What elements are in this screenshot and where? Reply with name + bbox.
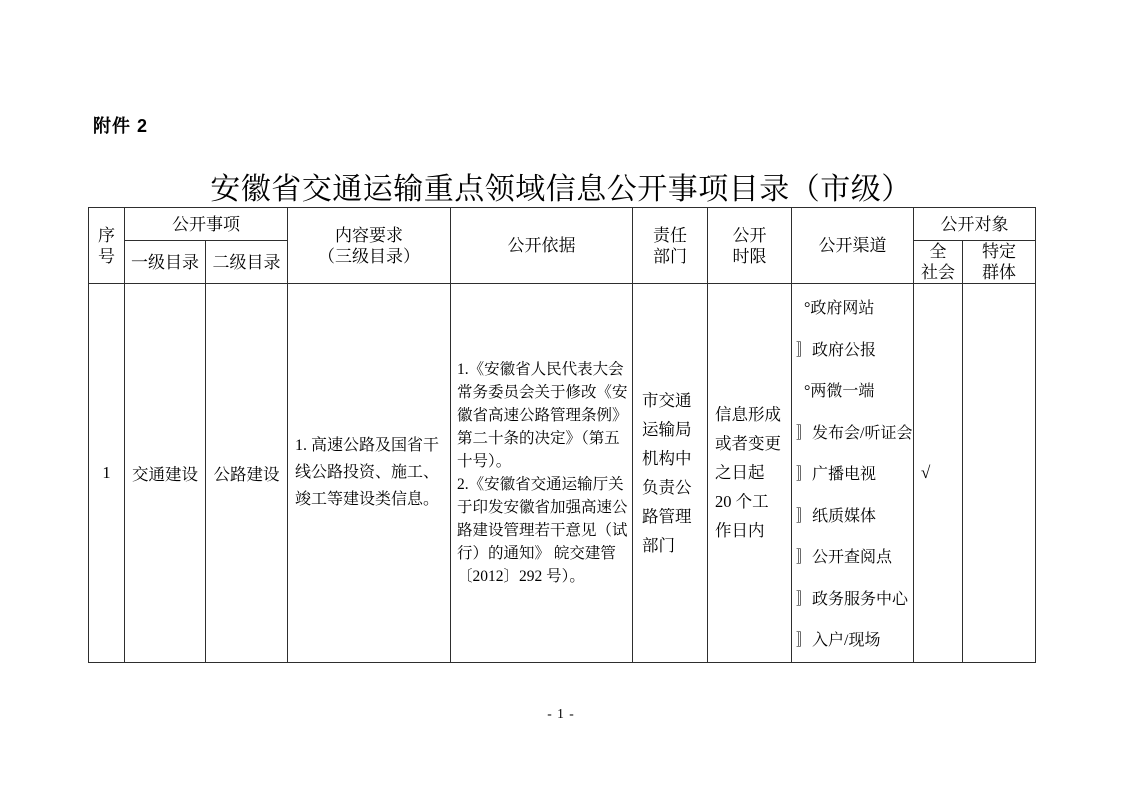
header-disclosure-matters: 公开事项 — [125, 208, 288, 241]
channel-item: °政府网站 — [796, 288, 911, 330]
channel-item: 〛公开查阅点 — [796, 537, 911, 579]
channel-item: 〛政府公报 — [796, 330, 911, 372]
header-target: 公开对象 — [914, 208, 1036, 241]
channel-item: 〛入户/现场 — [796, 620, 911, 662]
channel-item: 〛政务服务中心 — [796, 579, 911, 621]
header-serial: 序 号 — [89, 208, 125, 284]
table-row: 1 交通建设 公路建设 1. 高速公路及国省干线公路投资、施工、竣工等建设类信息… — [89, 284, 1036, 663]
cell-whole-society: √ — [914, 284, 963, 663]
attachment-label: 附件 2 — [93, 112, 148, 138]
cell-dept: 市交通 运输局 机构中 负责公 路管理 部门 — [633, 284, 708, 663]
directory-table: 序 号 公开事项 内容要求 （三级目录） 公开依据 责任 部门 公开 时限 公开… — [88, 207, 1036, 663]
cell-level2: 公路建设 — [206, 284, 288, 663]
header-time-limit: 公开 时限 — [708, 208, 792, 284]
header-basis: 公开依据 — [451, 208, 633, 284]
header-channels: 公开渠道 — [792, 208, 914, 284]
basis-para: 2.《安徽省交通运输厅关于印发安徽省加强高速公路建设管理若干意见（试行）的通知》… — [457, 473, 628, 588]
cell-serial: 1 — [89, 284, 125, 663]
cell-content-req: 1. 高速公路及国省干线公路投资、施工、竣工等建设类信息。 — [288, 284, 451, 663]
channel-item: 〛纸质媒体 — [796, 496, 911, 538]
header-specific-groups: 特定 群体 — [963, 241, 1036, 284]
cell-channels: °政府网站〛政府公报°两微一端〛发布会/听证会〛广播电视〛纸质媒体〛公开查阅点〛… — [792, 284, 914, 663]
page-number: - 1 - — [0, 706, 1122, 722]
header-content-req: 内容要求 （三级目录） — [288, 208, 451, 284]
cell-specific-groups — [963, 284, 1036, 663]
header-level1: 一级目录 — [125, 241, 206, 284]
cell-level1: 交通建设 — [125, 284, 206, 663]
channel-item: °两微一端 — [796, 371, 911, 413]
channel-item: 〛广播电视 — [796, 454, 911, 496]
document-page: 附件 2 安徽省交通运输重点领域信息公开事项目录（市级） 序 号 公开事项 内容… — [0, 0, 1122, 793]
header-level2: 二级目录 — [206, 241, 288, 284]
basis-para: 1.《安徽省人民代表大会常务委员会关于修改《安徽省高速公路管理条例》第二十条的决… — [457, 358, 628, 473]
cell-time-limit: 信息形成 或者变更 之日起 20 个工 作日内 — [708, 284, 792, 663]
document-title: 安徽省交通运输重点领域信息公开事项目录（市级） — [0, 164, 1122, 208]
header-whole-society: 全 社会 — [914, 241, 963, 284]
header-dept: 责任 部门 — [633, 208, 708, 284]
channel-item: 〛发布会/听证会 — [796, 413, 911, 455]
cell-basis: 1.《安徽省人民代表大会常务委员会关于修改《安徽省高速公路管理条例》第二十条的决… — [451, 284, 633, 663]
